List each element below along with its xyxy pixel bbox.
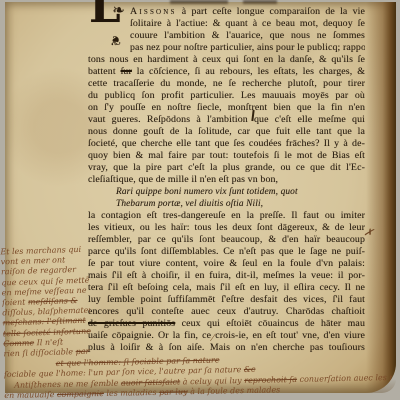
printed-text-line: couure l'ambition & l'auarice, que nous …: [130, 30, 365, 42]
printed-text-line: encores qu'il conteſte auec ceux d'autru…: [88, 306, 365, 318]
printed-text-line: tons nous en hardiment à ceux qui ſont e…: [88, 54, 365, 66]
handwritten-margin-note-bottom: et que l'homme: ſi ſociable par ſa natur…: [4, 352, 393, 400]
printed-text-line: vaut gueres. Reſpōdons à l'ambition que …: [88, 114, 365, 126]
printed-text-line: tera ſ'il eſt beſoing cela, mais ſ'il eſ…: [88, 282, 365, 294]
dropcap-flourish-icon: ❦: [110, 34, 121, 46]
printed-text-line: nous donne gouſt de la ſolitude, car que…: [88, 126, 365, 138]
cropped-text-remnant: [243, 0, 277, 4]
scanned-book-page: ❧ L ❦ Aissons à part ceſte longue compar…: [0, 0, 400, 400]
printed-text-line: quoy bien & mal faire par tout: toutefoi…: [88, 150, 365, 162]
printed-text-line: uaiſe cōpaignie. Or la fin, ce crois-ie,…: [88, 330, 365, 342]
dropcap-letter: L: [89, 1, 121, 13]
handwritten-margin-note-left: Et les marchans quivont en mer ontraiſon…: [0, 245, 91, 360]
caret-mark: ∕: [212, 332, 214, 344]
printed-text-line: ſe par tout viure content, voire & ſeul …: [88, 258, 365, 270]
printed-text-line: ſolitaire à l'actiue: & quant à ce beau …: [130, 18, 365, 30]
printed-text-line: les vitieux, ou les haïr: tous les deux …: [88, 222, 365, 234]
printed-text-line: pas nez pour noſtre particulier, ains po…: [130, 42, 365, 54]
printed-text-line: Aissons à part ceſte longue comparaiſon …: [130, 6, 365, 18]
printed-text-block: ❧ L ❦ Aissons à part ceſte longue compar…: [88, 6, 365, 354]
printed-text-line: cleſiaſtique, que de mille il n'en eſt p…: [88, 174, 365, 186]
printed-text-line: vray, que la pire part c'eſt la plus gra…: [88, 162, 365, 174]
printed-text-line: on ſ'y pouſſe en noſtre ſiecle, monſtren…: [88, 102, 365, 114]
printed-text-line: reſſembler, par ce qu'ils ſont beaucoup,…: [88, 234, 365, 246]
printed-text-line: luy ſemble point ſuffiſammēt ſ'eſtre des…: [88, 294, 365, 306]
printed-text-line: de grieſues punitiōs ceux qui eſtoiēt cō…: [88, 318, 365, 330]
page-edge-shadow: [366, 2, 396, 393]
printed-text-line: cette tracaſſerie du monde, ne ſe recher…: [88, 78, 365, 90]
printed-text-line: battent ſur la cōſcience, ſi au rebours,…: [88, 66, 365, 78]
printed-text-line: la contagion eſt tres-dangereuſe en la p…: [88, 210, 365, 222]
printed-text-line: plus à loiſir & à ſon aiſe. Mais on n'en…: [88, 342, 365, 354]
printed-text-line: mais ſ'il eſt à choiſir, il en fuira, di…: [88, 270, 365, 282]
printed-text-line: parce qu'ils ſont diſſemblables. Ce n'eſ…: [88, 246, 365, 258]
cropped-text-remnant: [170, 0, 228, 4]
printed-text-line: Rari quippe boni numero vix ſunt totidem…: [88, 186, 365, 198]
printed-text-line: Thebarum portæ, vel diuitis oſtia Nili,: [88, 198, 365, 210]
dropcap-initial: ❧ L ❦: [88, 8, 124, 45]
printed-text-line: du publicq ſon profit particulier. Les m…: [88, 90, 365, 102]
printed-text-line: ſocieté, que cherche elle tant que ſes c…: [88, 138, 365, 150]
